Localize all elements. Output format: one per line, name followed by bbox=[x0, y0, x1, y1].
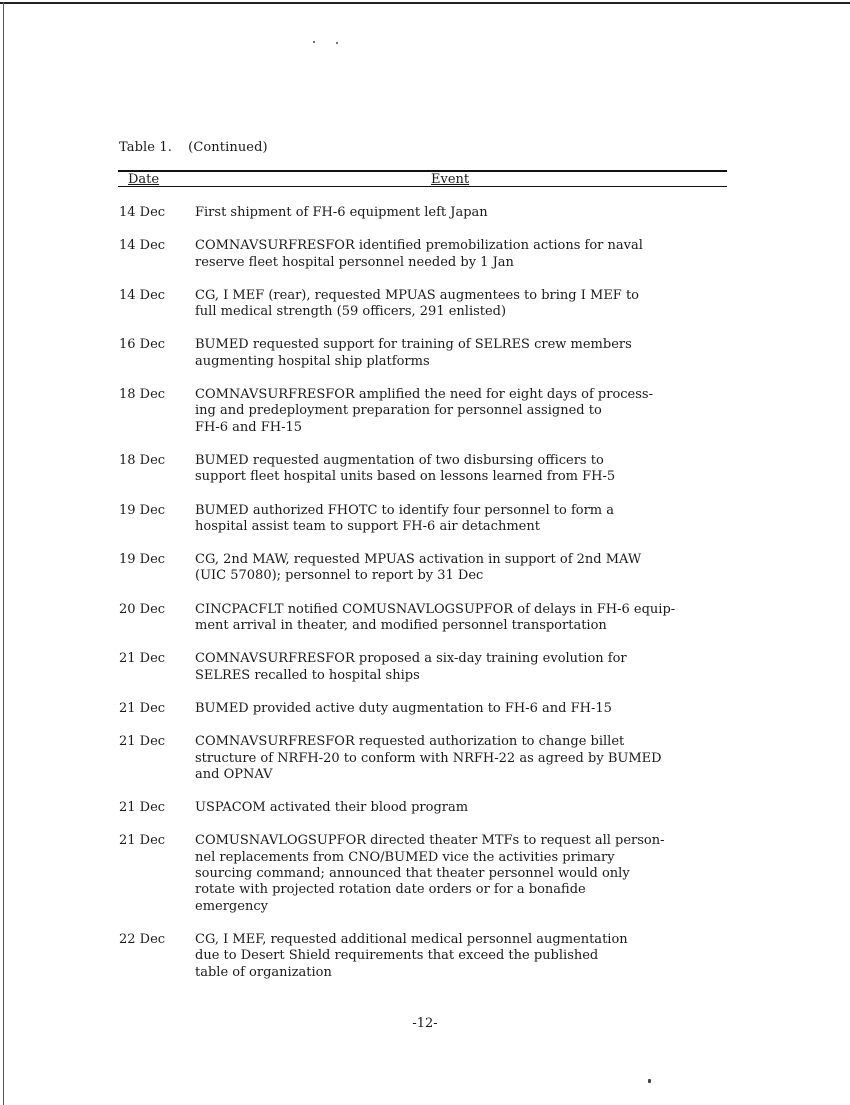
scan-speck bbox=[313, 41, 315, 43]
table-row: 19 DecCG, 2nd MAW, requested MPUAS activ… bbox=[119, 552, 739, 585]
page-number: -12- bbox=[0, 1016, 850, 1031]
document-page: Table 1. (Continued) Date Event 14 DecFi… bbox=[0, 0, 850, 1105]
row-event: First shipment of FH-6 equipment left Ja… bbox=[195, 205, 735, 221]
row-event: COMNAVSURFRESFOR amplified the need for … bbox=[195, 387, 735, 436]
row-event: BUMED requested support for training of … bbox=[195, 337, 735, 370]
row-event: USPACOM activated their blood program bbox=[195, 800, 735, 816]
row-date: 21 Dec bbox=[119, 701, 195, 717]
table-header-rule bbox=[118, 186, 727, 187]
row-date: 14 Dec bbox=[119, 205, 195, 221]
row-date: 19 Dec bbox=[119, 552, 195, 585]
column-header-date: Date bbox=[128, 172, 159, 187]
row-date: 21 Dec bbox=[119, 651, 195, 684]
row-event: CINCPACFLT notified COMUSNAVLOGSUPFOR of… bbox=[195, 602, 735, 635]
table-row: 19 DecBUMED authorized FHOTC to identify… bbox=[119, 503, 739, 536]
table-row: 22 DecCG, I MEF, requested additional me… bbox=[119, 932, 739, 981]
row-date: 22 Dec bbox=[119, 932, 195, 981]
table-row: 21 DecCOMUSNAVLOGSUPFOR directed theater… bbox=[119, 833, 739, 914]
table-row: 21 DecCOMNAVSURFRESFOR proposed a six-da… bbox=[119, 651, 739, 684]
row-event: CG, 2nd MAW, requested MPUAS activation … bbox=[195, 552, 735, 585]
table-top-rule bbox=[118, 170, 727, 172]
row-event: COMNAVSURFRESFOR proposed a six-day trai… bbox=[195, 651, 735, 684]
row-event: BUMED requested augmentation of two disb… bbox=[195, 453, 735, 486]
row-event: COMNAVSURFRESFOR requested authorization… bbox=[195, 734, 735, 783]
row-date: 19 Dec bbox=[119, 503, 195, 536]
table-row: 14 DecFirst shipment of FH-6 equipment l… bbox=[119, 205, 739, 221]
row-event: BUMED authorized FHOTC to identify four … bbox=[195, 503, 735, 536]
row-date: 20 Dec bbox=[119, 602, 195, 635]
scan-speck bbox=[336, 42, 338, 44]
table-row: 18 DecCOMNAVSURFRESFOR amplified the nee… bbox=[119, 387, 739, 436]
table-row: 18 DecBUMED requested augmentation of tw… bbox=[119, 453, 739, 486]
table-row: 21 DecCOMNAVSURFRESFOR requested authori… bbox=[119, 734, 739, 783]
scan-speck bbox=[648, 1079, 651, 1083]
row-date: 16 Dec bbox=[119, 337, 195, 370]
table-body: 14 DecFirst shipment of FH-6 equipment l… bbox=[119, 205, 739, 998]
row-event: BUMED provided active duty augmentation … bbox=[195, 701, 735, 717]
table-row: 20 DecCINCPACFLT notified COMUSNAVLOGSUP… bbox=[119, 602, 739, 635]
scan-border-top bbox=[0, 2, 850, 4]
table-caption: Table 1. (Continued) bbox=[119, 140, 268, 155]
row-date: 21 Dec bbox=[119, 734, 195, 783]
table-row: 14 DecCG, I MEF (rear), requested MPUAS … bbox=[119, 288, 739, 321]
row-date: 21 Dec bbox=[119, 800, 195, 816]
table-row: 21 DecBUMED provided active duty augment… bbox=[119, 701, 739, 717]
table-caption-label: Table 1. bbox=[119, 140, 172, 155]
table-row: 21 DecUSPACOM activated their blood prog… bbox=[119, 800, 739, 816]
row-event: CG, I MEF, requested additional medical … bbox=[195, 932, 735, 981]
row-date: 21 Dec bbox=[119, 833, 195, 914]
table-row: 16 DecBUMED requested support for traini… bbox=[119, 337, 739, 370]
row-event: COMNAVSURFRESFOR identified premobilizat… bbox=[195, 238, 735, 271]
row-date: 14 Dec bbox=[119, 288, 195, 321]
row-date: 18 Dec bbox=[119, 453, 195, 486]
row-event: CG, I MEF (rear), requested MPUAS augmen… bbox=[195, 288, 735, 321]
row-date: 14 Dec bbox=[119, 238, 195, 271]
scan-border-left bbox=[3, 2, 4, 1105]
column-header-event: Event bbox=[431, 172, 469, 187]
row-event: COMUSNAVLOGSUPFOR directed theater MTFs … bbox=[195, 833, 735, 914]
table-caption-note: (Continued) bbox=[188, 140, 268, 155]
row-date: 18 Dec bbox=[119, 387, 195, 436]
table-row: 14 DecCOMNAVSURFRESFOR identified premob… bbox=[119, 238, 739, 271]
